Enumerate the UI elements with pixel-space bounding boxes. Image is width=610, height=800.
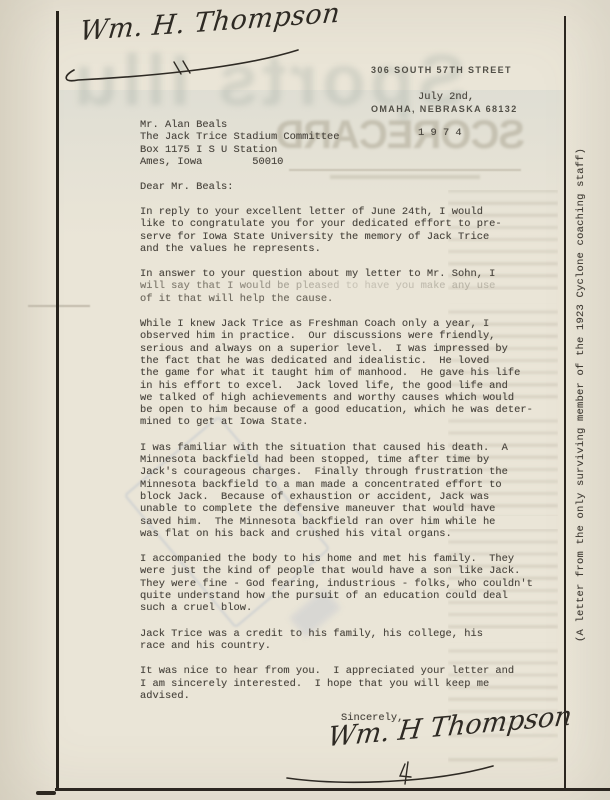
letter-body: In reply to your excellent letter of Jun… [140, 206, 552, 715]
letter-line: It was nice to hear from you. I apprecia… [140, 665, 552, 677]
paragraph: It was nice to hear from you. I apprecia… [140, 665, 552, 702]
paragraph: I was familiar with the situation that c… [140, 442, 552, 540]
letter-line: such a cruel blow. [140, 602, 552, 614]
letter-line: and the values he represents. [140, 243, 552, 255]
paragraph: In answer to your question about my lett… [140, 268, 552, 305]
letter-line: They were fine - God fearing, industriou… [140, 578, 552, 590]
bleed-caption-smudge [330, 175, 480, 179]
salutation: Dear Mr. Beals: [140, 181, 234, 193]
paragraph: I accompanied the body to his home and m… [140, 553, 552, 614]
letter-line: saved him. The Minnesota backfield ran o… [140, 516, 552, 528]
recipient-line: Mr. Alan Beals [140, 119, 340, 131]
bleed-rule [289, 169, 521, 171]
letterhead-flourish [58, 42, 306, 86]
paragraph: In reply to your excellent letter of Jun… [140, 206, 552, 255]
letter-line: we talked of high achievements and worth… [140, 392, 552, 404]
letter-line: Minnesota backfield to a man made a conc… [140, 479, 552, 491]
margin-note: (A letter from the only surviving member… [575, 142, 587, 642]
letter-line: block Jack. Because of exhaustion or acc… [140, 491, 552, 503]
page-edge-right [564, 16, 566, 790]
letter-line: While I knew Jack Trice as Freshman Coac… [140, 318, 552, 330]
recipient-address: Mr. Alan BealsThe Jack Trice Stadium Com… [140, 119, 340, 168]
date-line2: 1 9 7 4 [418, 127, 474, 139]
signature-flourish [283, 760, 498, 790]
letterhead-signature: Wm. H. Thompson [78, 0, 341, 47]
recipient-line: Box 1175 I S U Station [140, 144, 340, 156]
letter-line: like to congratulate you for your dedica… [140, 218, 552, 230]
recipient-line: Ames, Iowa 50010 [140, 156, 340, 168]
letter-line: advised. [140, 690, 552, 702]
letter-line: race and his country. [140, 640, 552, 652]
letter-line: be open to him because of a good educati… [140, 404, 552, 416]
letter-line: was flat on his back and crushed his vit… [140, 528, 552, 540]
letter-line: will say that I would be pleased to have… [140, 280, 552, 292]
page-edge-left [56, 11, 59, 790]
letter-line: in his effort to excel. Jack loved life,… [140, 380, 552, 392]
paragraph: Jack Trice was a credit to his family, h… [140, 628, 552, 653]
letter-line: serve for Iowa State University the memo… [140, 231, 552, 243]
letter-line: Jack Trice was a credit to his family, h… [140, 628, 552, 640]
letter-line: I accompanied the body to his home and m… [140, 553, 552, 565]
scanned-letter-page: Sports Illu SCORECARD Wm. H. Thompson 30… [0, 0, 610, 800]
letter-line: In reply to your excellent letter of Jun… [140, 206, 552, 218]
letter-line: observed him in practice. Our discussion… [140, 330, 552, 342]
letter-line: the game for what it taught him of manho… [140, 367, 552, 379]
letter-line: Minnesota backfield had been stopped, ti… [140, 454, 552, 466]
recipient-line: The Jack Trice Stadium Committee [140, 131, 340, 143]
letter-line: In answer to your question about my lett… [140, 268, 552, 280]
date-line1: July 2nd, [418, 91, 474, 103]
letter-line: quite understand how the pursuit of an e… [140, 590, 552, 602]
page-edge-corner-mark [36, 791, 56, 795]
letter-line: unable to complete the defensive maneuve… [140, 503, 552, 515]
letter-line: the fact that he was dedicated and ideal… [140, 355, 552, 367]
scan-artifact-dash [28, 305, 90, 307]
letter-line: I was familiar with the situation that c… [140, 442, 552, 454]
letter-line: I am sincerely interested. I hope that y… [140, 678, 552, 690]
letter-line: serious and always on a superior level. … [140, 343, 552, 355]
paragraph: While I knew Jack Trice as Freshman Coac… [140, 318, 552, 429]
letter-line: mined to get at Iowa State. [140, 416, 552, 428]
letter-line: were just the kind of people that would … [140, 565, 552, 577]
letter-line: of it that will help the cause. [140, 293, 552, 305]
date: July 2nd, 1 9 7 4 [418, 66, 474, 164]
letter-line: Jack's courageous charges. Finally throu… [140, 466, 552, 478]
